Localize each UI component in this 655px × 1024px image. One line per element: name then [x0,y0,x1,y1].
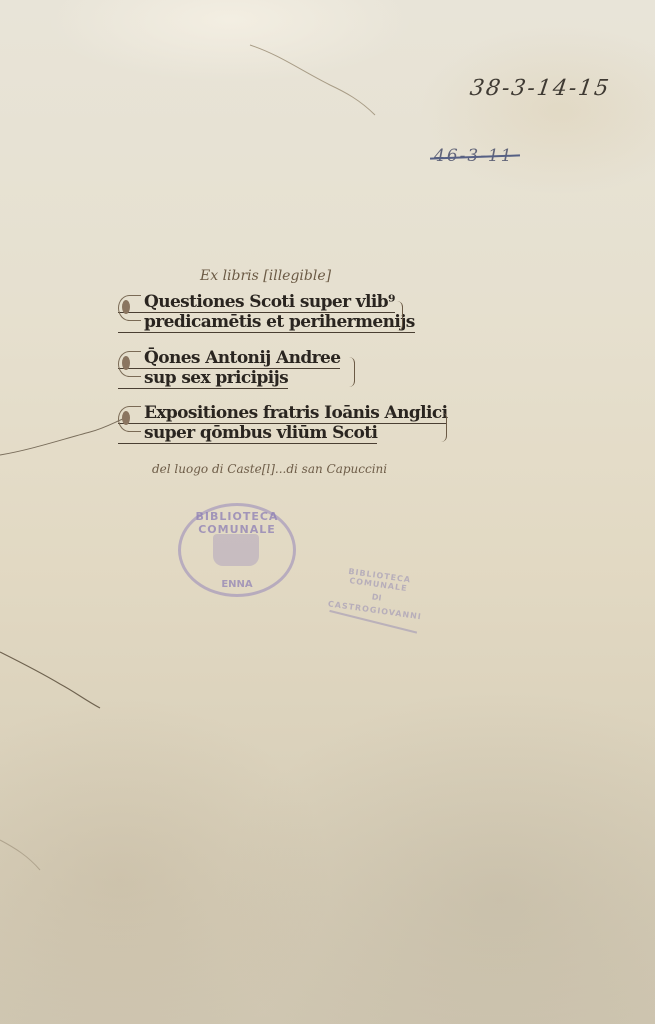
stamp-text-bottom: ENNA [181,579,293,590]
bracket-mark [440,412,447,442]
bracket-mark [396,301,403,331]
title-entry-3: Expositiones fratris Ioānis Anglici supe… [118,404,447,444]
library-stamp-faint: BIBLIOTECA COMUNALE DI CASTROGIOVANNI [314,557,439,633]
coat-of-arms-icon [213,534,259,566]
bracket-mark [348,357,355,387]
stamp-text-top: BIBLIOTECA COMUNALE [181,510,293,536]
paper-crease [0,0,655,1024]
scroll-icon [118,351,141,377]
scroll-icon [118,406,141,432]
library-stamp-circular: BIBLIOTECA COMUNALE ENNA [178,503,296,597]
ex-libris-note: Ex libris [illegible] [200,268,331,284]
title-line: predicamētis et perihermenijs [118,313,415,333]
title-line: Q̄ones Antonij Andree [118,349,340,369]
scroll-icon [118,295,141,321]
title-entry-2: Q̄ones Antonij Andree sup sex pricipijs [118,349,340,389]
current-shelfmark: 38-3-14-15 [468,76,612,101]
title-line: super qōmbus vliūm Scoti [118,424,377,444]
provenance-note: del luogo di Caste[l]...di san Capuccini [152,462,387,476]
title-line: Expositiones fratris Ioānis Anglici [118,404,447,424]
title-line: Questiones Scoti super vlib⁹ [118,293,395,313]
manuscript-page: 38-3-14-15 46-3-11 Ex libris [illegible]… [0,0,655,1024]
struck-shelfmark: 46-3-11 [434,146,514,166]
title-entry-1: Questiones Scoti super vlib⁹ predicamēti… [118,293,415,333]
title-line: sup sex pricipijs [118,369,288,389]
